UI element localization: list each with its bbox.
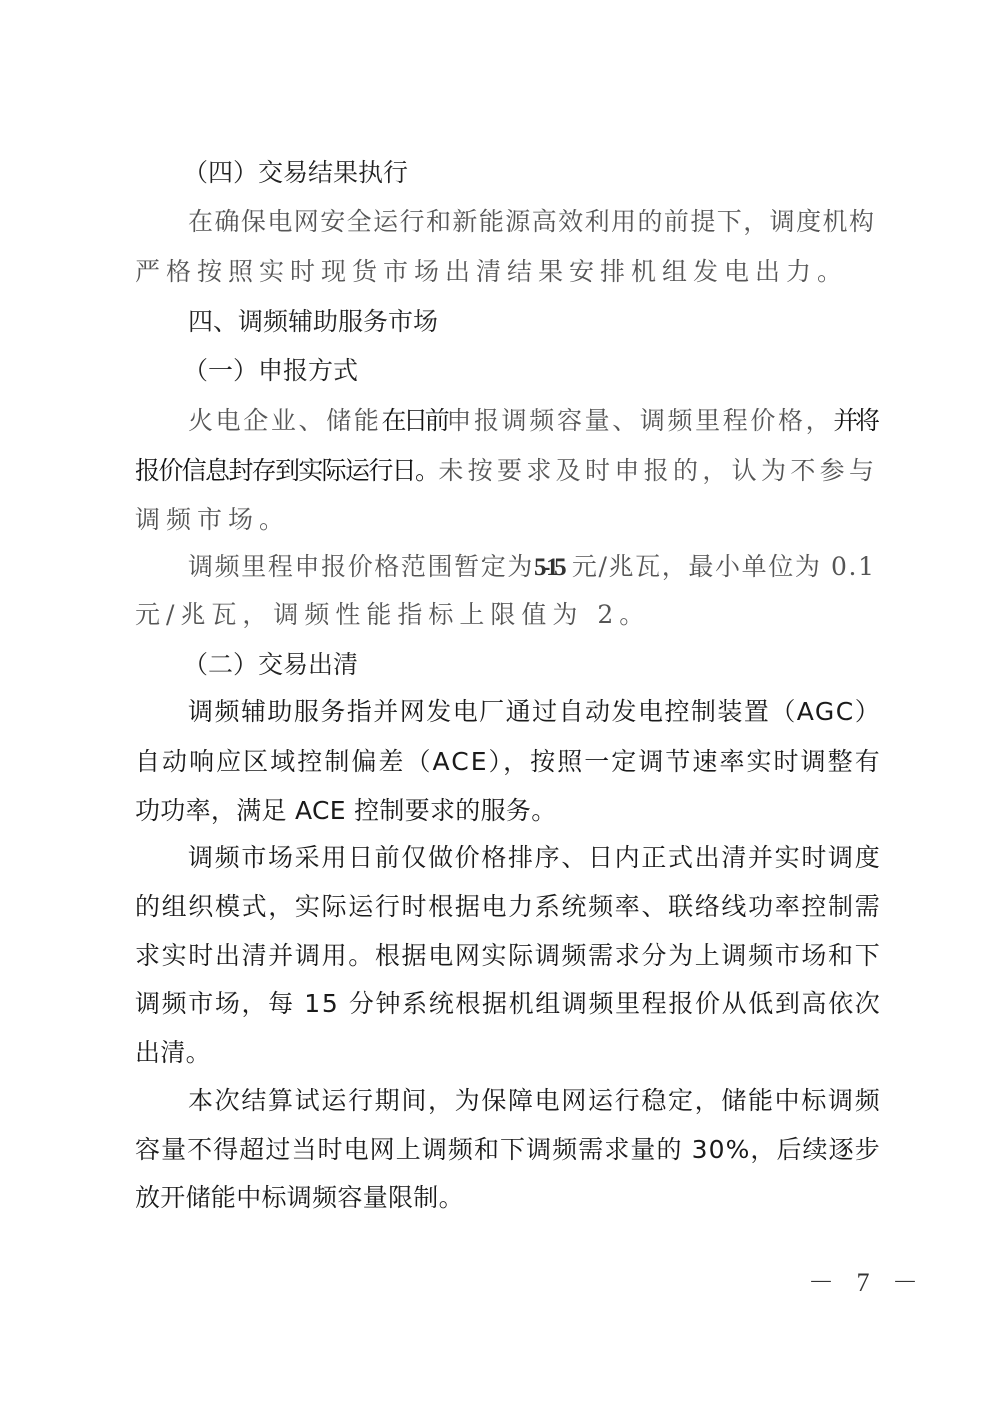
paragraph-line: 调频市场。 (135, 505, 290, 535)
heading-line: （一）申报方式 (183, 356, 358, 386)
paragraph-line: 火电企业、储能在日前申报调频容量、调频里程价格，并将 (188, 406, 877, 436)
text-segment: 严格按照实时现货市场出清结果安排机组发电出力。 (135, 257, 848, 286)
paragraph-line: 容量不得超过当时电网上调频和下调频需求量的 30%，后续逐步 (135, 1135, 881, 1165)
paragraph-line: 报价信息封存到实际运行日。未按要求及时申报的，认为不参与 (135, 456, 878, 486)
paragraph-line: 严格按照实时现货市场出清结果安排机组发电出力。 (135, 257, 848, 287)
paragraph-line: 功功率，满足 ACE 控制要求的服务。 (135, 796, 557, 826)
text-segment: 调频市场，每 15 分钟系统根据机组调频里程报价从低到高依次 (135, 989, 881, 1018)
text-segment: 的组织模式，实际运行时根据电力系统频率、联络线功率控制需 (135, 892, 881, 921)
text-segment: 未按要求及时申报的，认为不参与 (438, 456, 878, 485)
text-segment: （一）申报方式 (183, 356, 358, 385)
heading-line: 四、调频辅助服务市场 (188, 307, 438, 337)
text-segment: 5-15 (534, 554, 562, 581)
paragraph-line: 放开储能中标调频容量限制。 (135, 1183, 464, 1213)
text-segment: 在确保电网安全运行和新能源高效利用的前提下，调度机构 (188, 207, 875, 236)
text-segment: 出清。 (135, 1038, 211, 1067)
text-segment: 调频市场采用日前仅做价格排序、日内正式出清并实时调度 (188, 843, 881, 872)
paragraph-line: 在确保电网安全运行和新能源高效利用的前提下，调度机构 (188, 207, 875, 237)
text-segment: 容量不得超过当时电网上调频和下调频需求量的 30%，后续逐步 (135, 1135, 881, 1164)
text-segment: 求实时出清并调用。根据电网实际调频需求分为上调频市场和下 (135, 941, 881, 970)
text-segment: 元/兆瓦，最小单位为 0.1 (562, 552, 875, 581)
text-segment: 调频市场。 (135, 505, 290, 534)
paragraph-line: 求实时出清并调用。根据电网实际调频需求分为上调频市场和下 (135, 941, 881, 971)
text-segment: 调频里程申报价格范围暂定为 (188, 552, 534, 581)
text-segment: 四、调频辅助服务市场 (188, 307, 438, 336)
paragraph-line: 出清。 (135, 1038, 211, 1068)
paragraph-line: 自动响应区域控制偏差（ACE），按照一定调节速率实时调整有 (135, 747, 882, 777)
text-segment: 调频辅助服务指并网发电厂通过自动发电控制装置（AGC） (188, 697, 881, 726)
heading-line: （四）交易结果执行 (183, 158, 408, 188)
text-segment: 并将 (833, 406, 876, 435)
text-segment: 报价信息封存到实际运行日。 (135, 456, 438, 485)
paragraph-line: 元/兆瓦，调频性能指标上限值为 2。 (135, 600, 650, 630)
text-segment: 自动响应区域控制偏差（ACE），按照一定调节速率实时调整有 (135, 747, 882, 776)
text-segment: 申报调频容量、调频里程价格， (446, 406, 833, 435)
paragraph-line: 本次结算试运行期间，为保障电网运行稳定，储能中标调频 (188, 1086, 881, 1116)
text-segment: 火电企业、储能 (188, 406, 381, 435)
text-segment: （二）交易出清 (183, 650, 358, 679)
paragraph-line: 调频市场采用日前仅做价格排序、日内正式出清并实时调度 (188, 843, 881, 873)
paragraph-line: 调频辅助服务指并网发电厂通过自动发电控制装置（AGC） (188, 697, 881, 727)
paragraph-line: 调频里程申报价格范围暂定为5-15 元/兆瓦，最小单位为 0.1 (188, 552, 876, 583)
page-number: － 7 － (808, 1262, 926, 1299)
paragraph-line: 调频市场，每 15 分钟系统根据机组调频里程报价从低到高依次 (135, 989, 881, 1019)
text-segment: 功功率，满足 ACE 控制要求的服务。 (135, 796, 557, 825)
text-segment: 元/兆瓦，调频性能指标上限值为 2。 (135, 600, 650, 629)
text-segment: 在日前 (381, 406, 446, 435)
text-segment: 本次结算试运行期间，为保障电网运行稳定，储能中标调频 (188, 1086, 881, 1115)
text-segment: （四）交易结果执行 (183, 158, 408, 187)
text-segment: 放开储能中标调频容量限制。 (135, 1183, 464, 1212)
paragraph-line: 的组织模式，实际运行时根据电力系统频率、联络线功率控制需 (135, 892, 881, 922)
heading-line: （二）交易出清 (183, 650, 358, 680)
